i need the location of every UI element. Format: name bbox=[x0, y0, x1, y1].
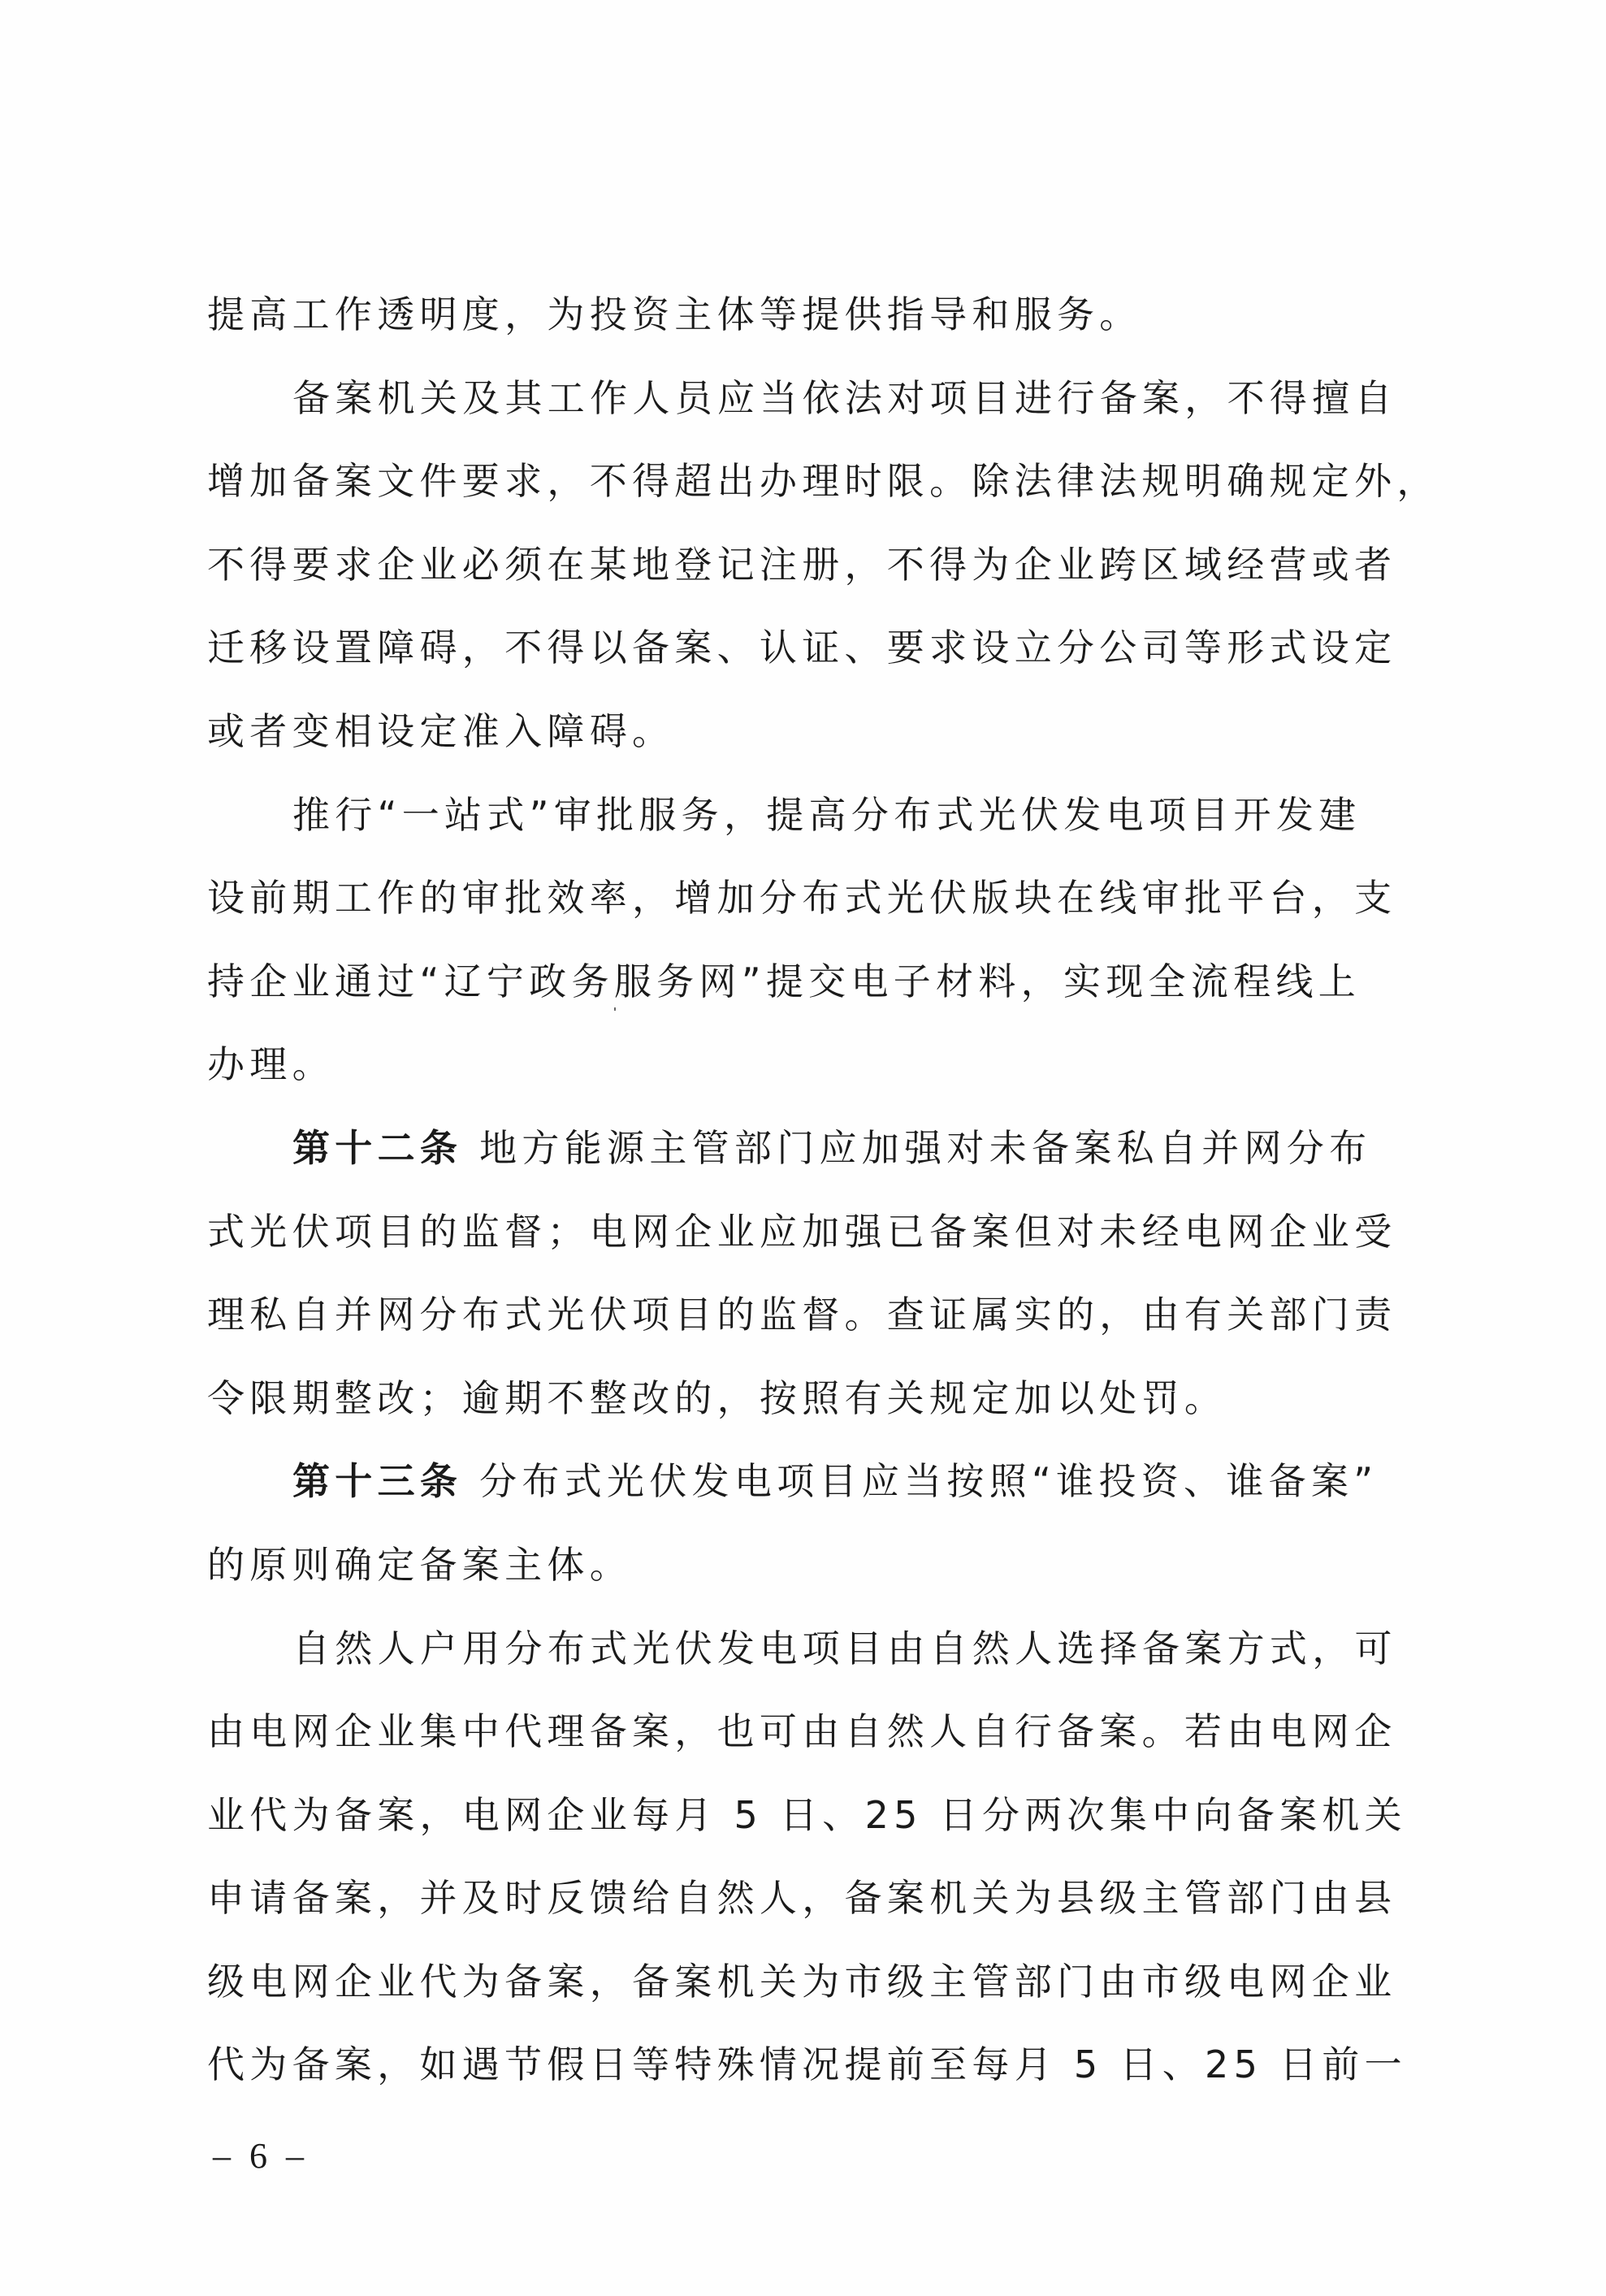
page-number: – 6 – bbox=[213, 2135, 309, 2177]
text-line: 增加备案文件要求，不得超出办理时限。除法律法规明确规定外， bbox=[207, 453, 1401, 536]
text-line: 由电网企业集中代理备案，也可由自然人自行备案。若由电网企 bbox=[207, 1703, 1401, 1787]
text-line: 迁移设置障碍，不得以备案、认证、要求设立分公司等形式设定 bbox=[207, 619, 1401, 703]
text-line: 设前期工作的审批效率，增加分布式光伏版块在线审批平台，支 bbox=[207, 869, 1401, 953]
text-line: 业代为备案，电网企业每月 5 日、25 日分两次集中向备案机关 bbox=[207, 1787, 1401, 1870]
text-line: 的原则确定备案主体。 bbox=[207, 1536, 1401, 1620]
text-line: 代为备案，如遇节假日等特殊情况提前至每月 5 日、25 日前一 bbox=[207, 2036, 1401, 2120]
text-line: 令限期整改；逾期不整改的，按照有关规定加以处罚。 bbox=[207, 1370, 1401, 1453]
text-line: 办理。 bbox=[207, 1036, 1401, 1120]
article-13-first-line: 第十三条 分布式光伏发电项目应当按照“谁投资、谁备案” bbox=[207, 1453, 1401, 1536]
document-body: 提高工作透明度，为投资主体等提供指导和服务。 备案机关及其工作人员应当依法对项目… bbox=[207, 286, 1401, 2120]
scan-artifact bbox=[614, 1007, 616, 1011]
text-line: 申请备案，并及时反馈给自然人，备案机关为县级主管部门由县 bbox=[207, 1869, 1401, 1953]
text-line: 提高工作透明度，为投资主体等提供指导和服务。 bbox=[207, 286, 1401, 370]
article-12-label: 第十二条 bbox=[292, 1126, 462, 1170]
text-line: 持企业通过“辽宁政务服务网”提交电子材料，实现全流程线上 bbox=[207, 953, 1401, 1037]
article-13-text: 分布式光伏发电项目应当按照“谁投资、谁备案” bbox=[462, 1459, 1378, 1503]
text-line: 不得要求企业必须在某地登记注册，不得为企业跨区域经营或者 bbox=[207, 536, 1401, 620]
paragraph-start-line: 自然人户用分布式光伏发电项目由自然人选择备案方式，可 bbox=[207, 1620, 1401, 1704]
text-line: 或者变相设定准入障碍。 bbox=[207, 703, 1401, 786]
article-12-text: 地方能源主管部门应加强对未备案私自并网分布 bbox=[462, 1126, 1371, 1170]
article-12-first-line: 第十二条 地方能源主管部门应加强对未备案私自并网分布 bbox=[207, 1120, 1401, 1203]
document-page: 提高工作透明度，为投资主体等提供指导和服务。 备案机关及其工作人员应当依法对项目… bbox=[0, 0, 1606, 2296]
text-line: 级电网企业代为备案，备案机关为市级主管部门由市级电网企业 bbox=[207, 1953, 1401, 2037]
text-line: 理私自并网分布式光伏项目的监督。查证属实的，由有关部门责 bbox=[207, 1286, 1401, 1370]
paragraph-start-line: 推行“一站式”审批服务，提高分布式光伏发电项目开发建 bbox=[207, 786, 1401, 870]
text-line: 式光伏项目的监督；电网企业应加强已备案但对未经电网企业受 bbox=[207, 1203, 1401, 1287]
article-13-label: 第十三条 bbox=[292, 1459, 462, 1503]
paragraph-start-line: 备案机关及其工作人员应当依法对项目进行备案，不得擅自 bbox=[207, 370, 1401, 453]
